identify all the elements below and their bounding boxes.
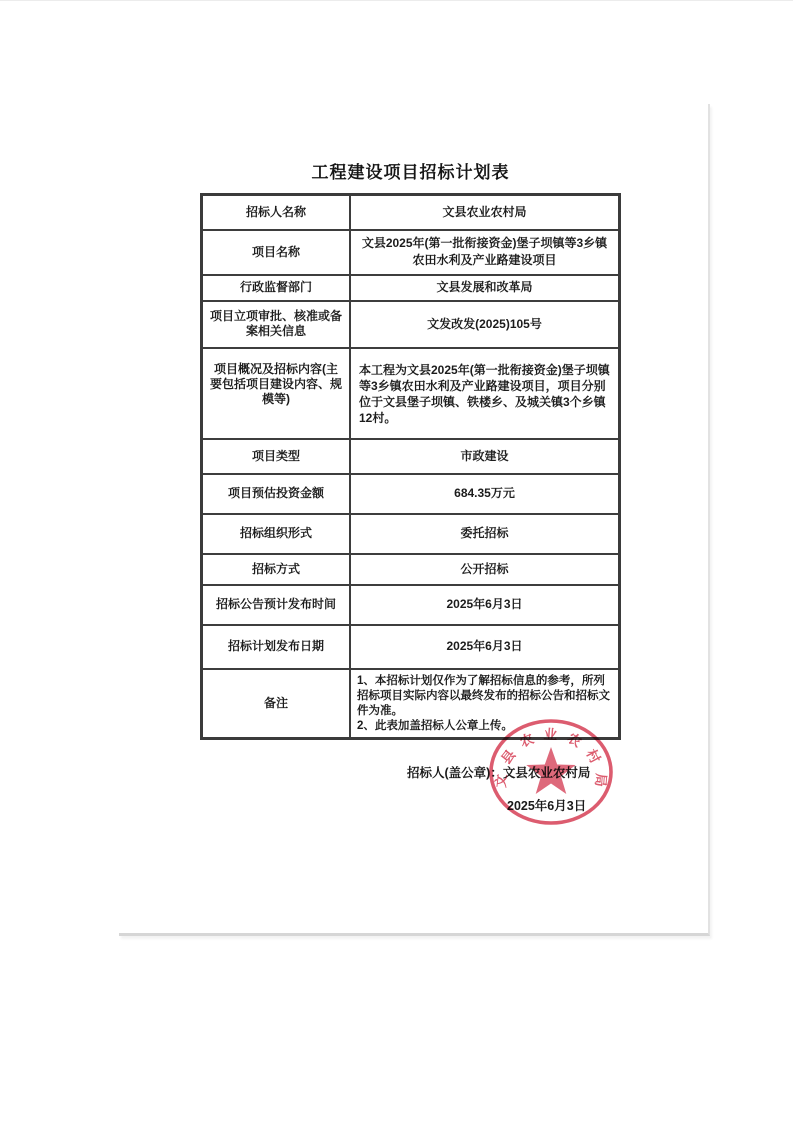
row-value: 文县2025年(第一批衔接资金)堡子坝镇等3乡镇农田水利及产业路建设项目	[350, 230, 620, 275]
document-page: 工程建设项目招标计划表 招标人名称 文县农业农村局 项目名称 文县2025年(第…	[119, 104, 710, 936]
stamp-star-icon	[526, 747, 575, 794]
table-row: 招标人名称 文县农业农村局	[202, 195, 620, 230]
official-stamp: 文县农业农村局	[481, 710, 621, 830]
table-row: 招标公告预计发布时间 2025年6月3日	[202, 585, 620, 625]
table-row: 项目类型 市政建设	[202, 439, 620, 474]
table-row: 招标组织形式 委托招标	[202, 514, 620, 554]
row-label: 招标组织形式	[202, 514, 351, 554]
row-label: 招标计划发布日期	[202, 625, 351, 669]
row-value: 市政建设	[350, 439, 620, 474]
table-row: 招标方式 公开招标	[202, 554, 620, 585]
row-label: 备注	[202, 669, 351, 739]
row-value: 委托招标	[350, 514, 620, 554]
table-row: 行政监督部门 文县发展和改革局	[202, 275, 620, 301]
table-row: 项目立项审批、核准或备案相关信息 文发改发(2025)105号	[202, 301, 620, 348]
row-label: 项目概况及招标内容(主要包括项目建设内容、规模等)	[202, 348, 351, 439]
row-label: 招标人名称	[202, 195, 351, 230]
bidding-plan-table: 招标人名称 文县农业农村局 项目名称 文县2025年(第一批衔接资金)堡子坝镇等…	[200, 193, 621, 740]
row-label: 项目名称	[202, 230, 351, 275]
row-label: 项目类型	[202, 439, 351, 474]
row-value: 公开招标	[350, 554, 620, 585]
row-value: 本工程为文县2025年(第一批衔接资金)堡子坝镇等3乡镇农田水利及产业路建设项目…	[350, 348, 620, 439]
page-top-divider	[0, 0, 793, 1]
row-label: 招标方式	[202, 554, 351, 585]
document-title: 工程建设项目招标计划表	[200, 158, 621, 183]
row-label: 行政监督部门	[202, 275, 351, 301]
row-value: 文县农业农村局	[350, 195, 620, 230]
row-value: 2025年6月3日	[350, 585, 620, 625]
row-value: 文县发展和改革局	[350, 275, 620, 301]
table-row: 项目概况及招标内容(主要包括项目建设内容、规模等) 本工程为文县2025年(第一…	[202, 348, 620, 439]
row-label: 项目立项审批、核准或备案相关信息	[202, 301, 351, 348]
row-value: 684.35万元	[350, 474, 620, 514]
table-row: 招标计划发布日期 2025年6月3日	[202, 625, 620, 669]
table-row: 项目预估投资金额 684.35万元	[202, 474, 620, 514]
row-value: 文发改发(2025)105号	[350, 301, 620, 348]
row-label: 招标公告预计发布时间	[202, 585, 351, 625]
row-value: 2025年6月3日	[350, 625, 620, 669]
table-row: 项目名称 文县2025年(第一批衔接资金)堡子坝镇等3乡镇农田水利及产业路建设项…	[202, 230, 620, 275]
row-label: 项目预估投资金额	[202, 474, 351, 514]
